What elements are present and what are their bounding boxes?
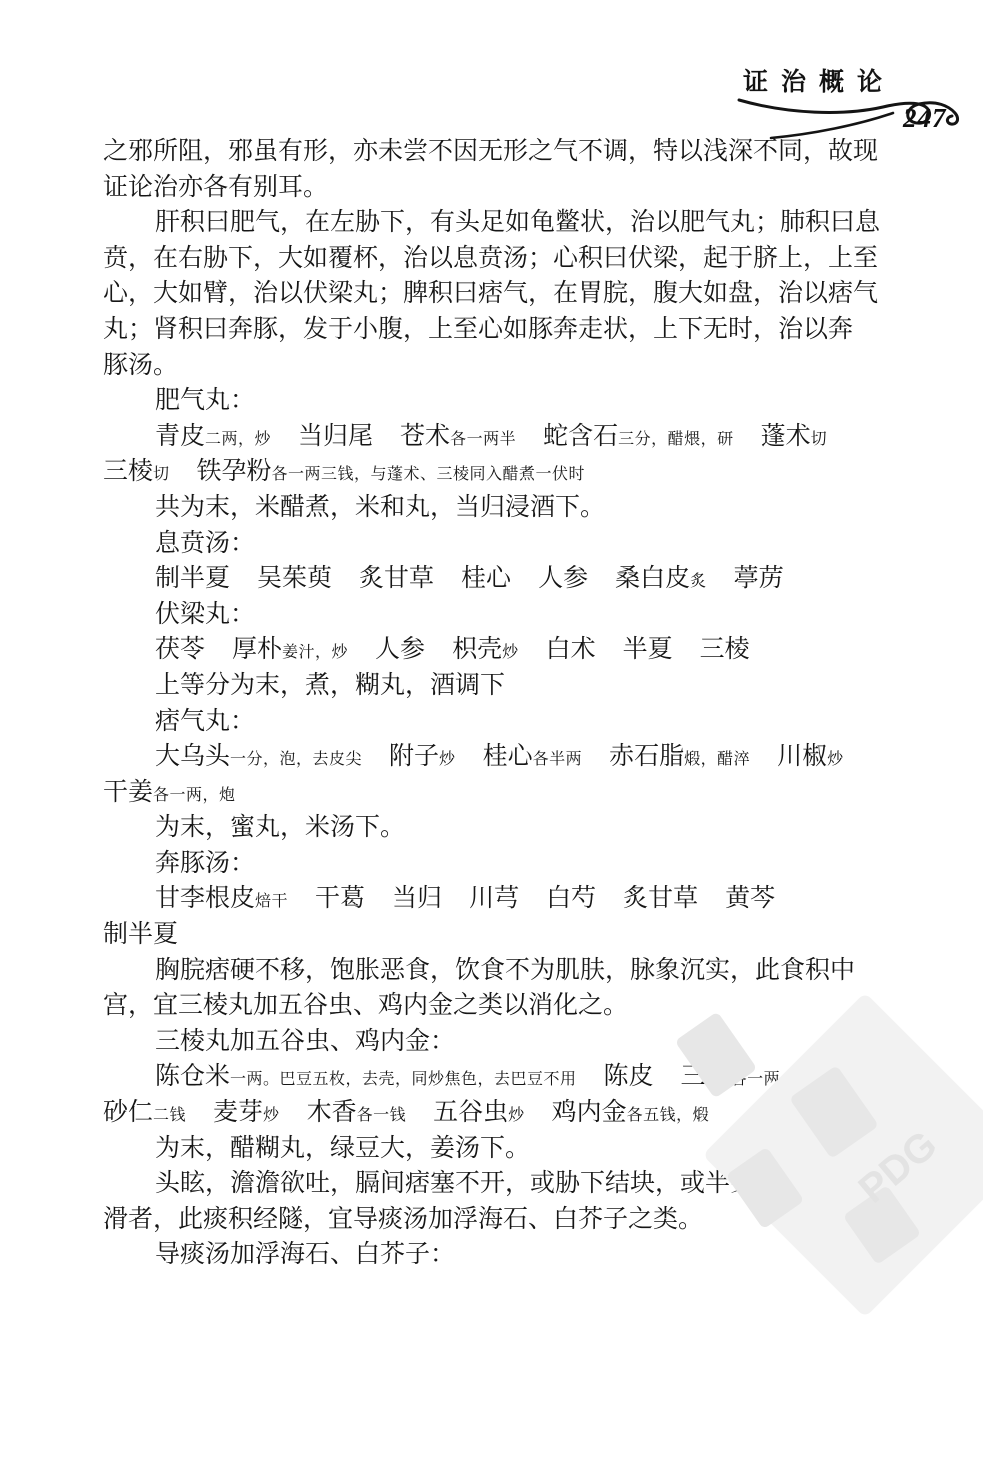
- text-segment: 鸡内金: [552, 1099, 627, 1126]
- text-segment: 头眩，澹澹欲吐，膈间痞塞不开，或胁下结块，或半身麻木，脉沉: [155, 1170, 880, 1197]
- text-segment: 砂仁: [103, 1099, 153, 1126]
- text-segment: 丸；肾积曰奔豚，发于小腹，上至心如豚奔走状，上下无时，治以奔: [103, 316, 853, 343]
- text-segment: 桂心: [483, 743, 533, 770]
- text-line: 奔豚汤：: [103, 846, 913, 882]
- book-page: 证治概论 247 之邪所阻，邪虽有形，亦未尝不因无形之气不调，特以浅深不同，故现…: [0, 0, 983, 1470]
- text-segment: 白术: [546, 636, 596, 663]
- text-segment: 麦芽: [213, 1099, 263, 1126]
- text-line: 甘李根皮焙干干葛当归川芎白芍炙甘草黄芩: [103, 881, 913, 917]
- annotation-segment: 各一两: [731, 1071, 781, 1088]
- annotation-segment: 切: [811, 431, 828, 448]
- annotation-segment: 炒: [263, 1107, 280, 1124]
- text-segment: 陈皮: [604, 1063, 654, 1090]
- text-segment: 贲，在右胁下，大如覆杯，治以息贲汤；心积曰伏梁，起于脐上，上至: [103, 245, 878, 272]
- text-line: 滑者，此痰积经隧，宜导痰汤加浮海石、白芥子之类。: [103, 1202, 913, 1238]
- text-segment: 附子: [389, 743, 439, 770]
- text-segment: 炙甘草: [623, 885, 698, 912]
- annotation-segment: 三分，醋煨，研: [618, 431, 734, 448]
- text-segment: 证论治亦各有别耳。: [103, 174, 328, 201]
- text-segment: 枳壳: [452, 636, 502, 663]
- annotation-segment: 各一钱: [357, 1107, 407, 1124]
- text-segment: 半夏: [623, 636, 673, 663]
- text-segment: 五谷虫: [433, 1099, 508, 1126]
- text-segment: 蓬术: [761, 423, 811, 450]
- text-segment: 豚汤。: [103, 352, 178, 379]
- text-segment: 为末，蜜丸，米汤下。: [155, 814, 405, 841]
- text-segment: 炙甘草: [359, 565, 434, 592]
- text-line: 痞气丸：: [103, 704, 913, 740]
- annotation-segment: 二钱: [153, 1107, 186, 1124]
- text-line: 青皮二两，炒当归尾苍术各一两半蛇含石三分，醋煨，研蓬术切: [103, 419, 913, 455]
- annotation-segment: 炙: [690, 573, 707, 590]
- text-segment: 当归: [392, 885, 442, 912]
- text-line: 为末，醋糊丸，绿豆大，姜汤下。: [103, 1131, 913, 1167]
- text-segment: 桑白皮: [615, 565, 690, 592]
- text-segment: 滑者，此痰积经隧，宜导痰汤加浮海石、白芥子之类。: [103, 1206, 703, 1233]
- text-line: 肥气丸：: [103, 383, 913, 419]
- text-segment: 宫，宜三棱丸加五谷虫、鸡内金之类以消化之。: [103, 992, 628, 1019]
- text-line: 茯苓厚朴姜汁，炒人参枳壳炒白术半夏三棱: [103, 632, 913, 668]
- annotation-segment: 炒: [508, 1107, 525, 1124]
- text-line: 为末，蜜丸，米汤下。: [103, 810, 913, 846]
- text-line: 干姜各一两，炮: [103, 775, 913, 811]
- text-line: 豚汤。: [103, 348, 913, 384]
- text-line: 三棱切铁孕粉各一两三钱，与蓬术、三棱同入醋煮一伏时: [103, 454, 913, 490]
- text-segment: 心，大如臂，治以伏梁丸；脾积曰痞气，在胃脘，腹大如盘，治以痞气: [103, 280, 878, 307]
- text-segment: 息贲汤：: [155, 530, 255, 557]
- text-segment: 三棱: [681, 1063, 731, 1090]
- annotation-segment: 焙干: [255, 893, 288, 910]
- text-segment: 黄芩: [725, 885, 775, 912]
- text-line: 共为末，米醋煮，米和丸，当归浸酒下。: [103, 490, 913, 526]
- page-number: 247: [903, 103, 947, 134]
- text-line: 证论治亦各有别耳。: [103, 170, 913, 206]
- text-segment: 苍术: [400, 423, 450, 450]
- text-segment: 铁孕粉: [197, 458, 272, 485]
- text-line: 心，大如臂，治以伏梁丸；脾积曰痞气，在胃脘，腹大如盘，治以痞气: [103, 276, 913, 312]
- annotation-segment: 各一两，炮: [153, 787, 236, 804]
- text-segment: 奔豚汤：: [155, 850, 255, 877]
- text-segment: 干姜: [103, 779, 153, 806]
- annotation-segment: 各一两三钱，与蓬术、三棱同入醋煮一伏时: [272, 466, 586, 483]
- text-segment: 蛇含石: [543, 423, 618, 450]
- annotation-segment: 各半两: [533, 751, 583, 768]
- text-segment: 桂心: [461, 565, 511, 592]
- text-segment: 吴茱萸: [257, 565, 332, 592]
- text-line: 头眩，澹澹欲吐，膈间痞塞不开，或胁下结块，或半身麻木，脉沉: [103, 1166, 913, 1202]
- text-segment: 陈仓米: [155, 1063, 230, 1090]
- annotation-segment: 炒: [439, 751, 456, 768]
- annotation-segment: 炒: [827, 751, 844, 768]
- text-segment: 肝积曰肥气，在左胁下，有头足如龟鳖状，治以肥气丸；肺积曰息: [155, 209, 880, 236]
- text-segment: 制半夏: [155, 565, 230, 592]
- text-segment: 大乌头: [155, 743, 230, 770]
- text-segment: 赤石脂: [609, 743, 684, 770]
- annotation-segment: 各五钱，煅: [627, 1107, 710, 1124]
- annotation-segment: 一分，泡，去皮尖: [230, 751, 362, 768]
- text-segment: 川芎: [469, 885, 519, 912]
- text-line: 上等分为末，煮，糊丸，酒调下: [103, 668, 913, 704]
- text-line: 胸脘痞硬不移，饱胀恶食，饮食不为肌肤，脉象沉实，此食积中: [103, 953, 913, 989]
- text-line: 大乌头一分，泡，去皮尖附子炒桂心各半两赤石脂煅，醋淬川椒炒: [103, 739, 913, 775]
- text-segment: 甘李根皮: [155, 885, 255, 912]
- text-segment: 制半夏: [103, 921, 178, 948]
- text-segment: 木香: [307, 1099, 357, 1126]
- text-segment: 三棱丸加五谷虫、鸡内金：: [155, 1028, 455, 1055]
- text-line: 制半夏吴茱萸炙甘草桂心人参桑白皮炙葶苈: [103, 561, 913, 597]
- text-line: 贲，在右胁下，大如覆杯，治以息贲汤；心积曰伏梁，起于脐上，上至: [103, 241, 913, 277]
- text-line: 伏梁丸：: [103, 597, 913, 633]
- text-segment: 导痰汤加浮海石、白芥子：: [155, 1241, 455, 1268]
- text-segment: 干葛: [315, 885, 365, 912]
- text-line: 砂仁二钱麦芽炒木香各一钱五谷虫炒鸡内金各五钱，煅: [103, 1095, 913, 1131]
- text-segment: 茯苓: [155, 636, 205, 663]
- text-segment: 青皮: [155, 423, 205, 450]
- annotation-segment: 切: [153, 466, 170, 483]
- annotation-segment: 炒: [502, 644, 519, 661]
- text-line: 导痰汤加浮海石、白芥子：: [103, 1237, 913, 1273]
- text-line: 肝积曰肥气，在左胁下，有头足如龟鳖状，治以肥气丸；肺积曰息: [103, 205, 913, 241]
- annotation-segment: 一两。巴豆五枚，去壳，同炒焦色，去巴豆不用: [230, 1071, 577, 1088]
- annotation-segment: 二两，炒: [205, 431, 271, 448]
- text-segment: 伏梁丸：: [155, 601, 255, 628]
- text-line: 息贲汤：: [103, 526, 913, 562]
- text-segment: 葶苈: [734, 565, 784, 592]
- text-segment: 人参: [538, 565, 588, 592]
- text-segment: 人参: [375, 636, 425, 663]
- text-segment: 三棱: [103, 458, 153, 485]
- annotation-segment: 姜汁，炒: [282, 644, 348, 661]
- text-segment: 厚朴: [232, 636, 282, 663]
- text-segment: 之邪所阻，邪虽有形，亦未尝不因无形之气不调，特以浅深不同，故现: [103, 138, 878, 165]
- text-segment: 共为末，米醋煮，米和丸，当归浸酒下。: [155, 494, 605, 521]
- text-segment: 川椒: [777, 743, 827, 770]
- text-segment: 痞气丸：: [155, 708, 255, 735]
- text-segment: 胸脘痞硬不移，饱胀恶食，饮食不为肌肤，脉象沉实，此食积中: [155, 957, 855, 984]
- text-line: 陈仓米一两。巴豆五枚，去壳，同炒焦色，去巴豆不用陈皮三棱各一两: [103, 1059, 913, 1095]
- text-segment: 三棱: [700, 636, 750, 663]
- text-segment: 肥气丸：: [155, 387, 255, 414]
- text-line: 丸；肾积曰奔豚，发于小腹，上至心如豚奔走状，上下无时，治以奔: [103, 312, 913, 348]
- annotation-segment: 煅，醋淬: [684, 751, 750, 768]
- text-segment: 当归尾: [298, 423, 373, 450]
- text-segment: 白芍: [546, 885, 596, 912]
- text-segment: 上等分为末，煮，糊丸，酒调下: [155, 672, 505, 699]
- text-line: 之邪所阻，邪虽有形，亦未尝不因无形之气不调，特以浅深不同，故现: [103, 134, 913, 170]
- text-line: 宫，宜三棱丸加五谷虫、鸡内金之类以消化之。: [103, 988, 913, 1024]
- page-body: 之邪所阻，邪虽有形，亦未尝不因无形之气不调，特以浅深不同，故现证论治亦各有别耳。…: [103, 134, 913, 1273]
- text-line: 制半夏: [103, 917, 913, 953]
- annotation-segment: 各一两半: [450, 431, 516, 448]
- text-line: 三棱丸加五谷虫、鸡内金：: [103, 1024, 913, 1060]
- text-segment: 为末，醋糊丸，绿豆大，姜汤下。: [155, 1135, 530, 1162]
